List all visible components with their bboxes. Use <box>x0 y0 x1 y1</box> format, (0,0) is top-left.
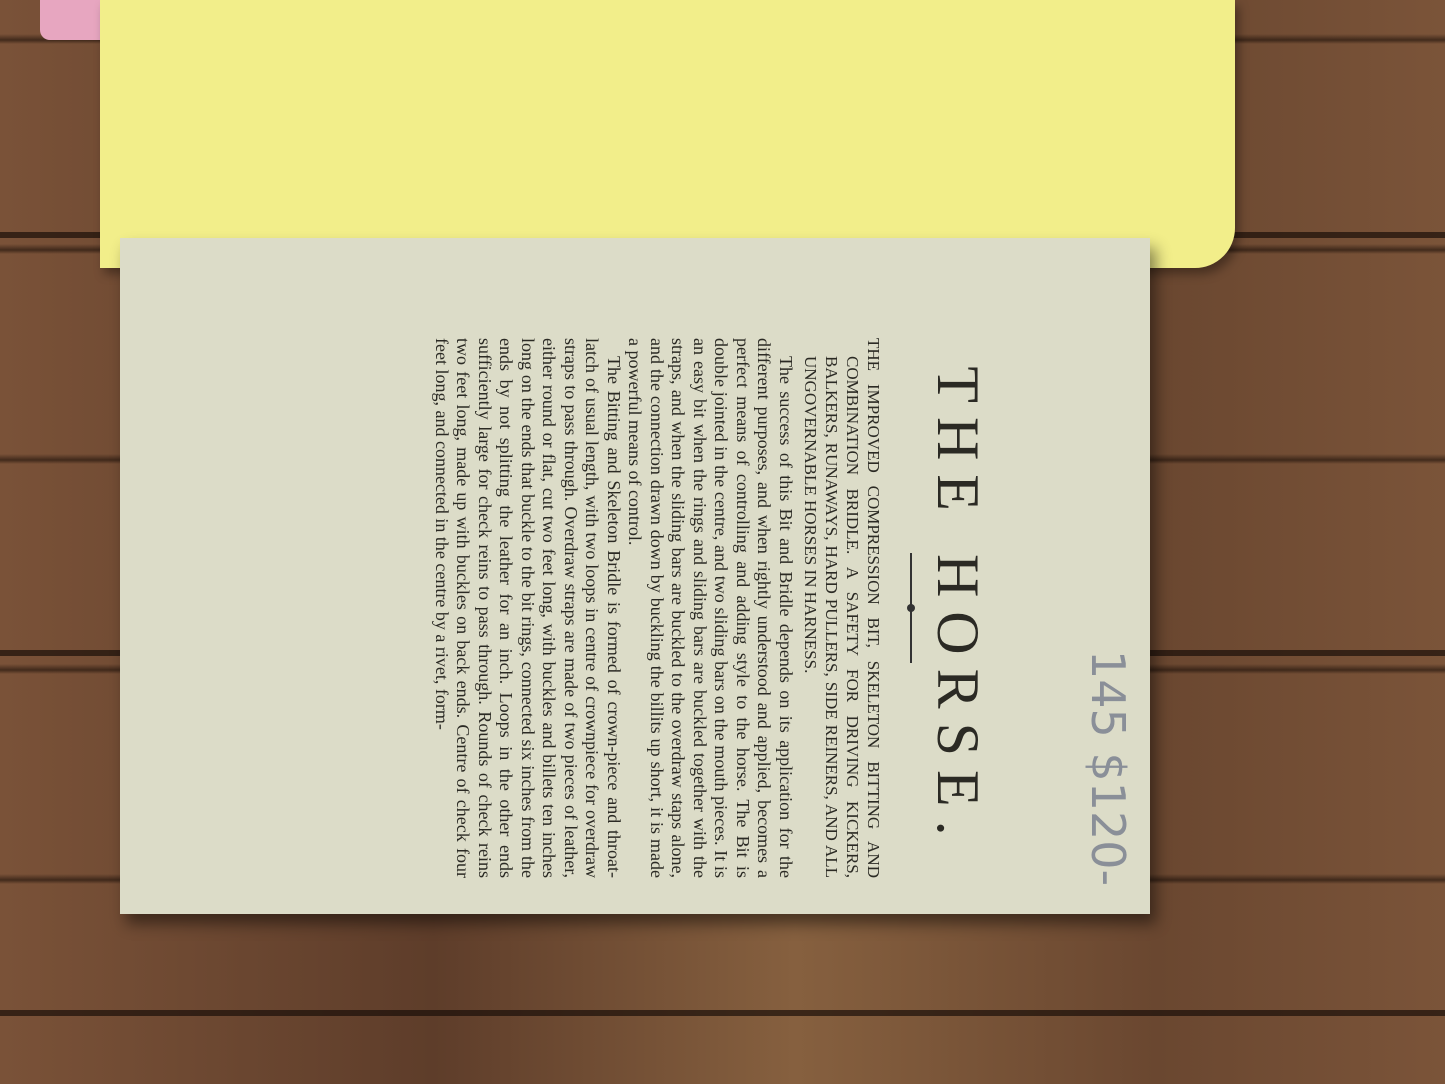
yellow-cover <box>100 0 1235 268</box>
page-title: THE HORSE. <box>912 338 1000 878</box>
plank-seam <box>0 1010 1445 1016</box>
handwritten-price-note: 145 $120- <box>1081 650 1135 886</box>
paragraph: The Bitting and Skeleton Bridle is forme… <box>431 338 625 878</box>
intro-heading: THE IMPROVED COMPRESSION BIT, SKELETON B… <box>800 338 884 878</box>
page-text: THE HORSE. THE IMPROVED COMPRESSION BIT,… <box>200 338 1000 878</box>
ornamental-rule <box>910 553 912 663</box>
paragraph: The success of this Bit and Bridle depen… <box>624 338 796 878</box>
